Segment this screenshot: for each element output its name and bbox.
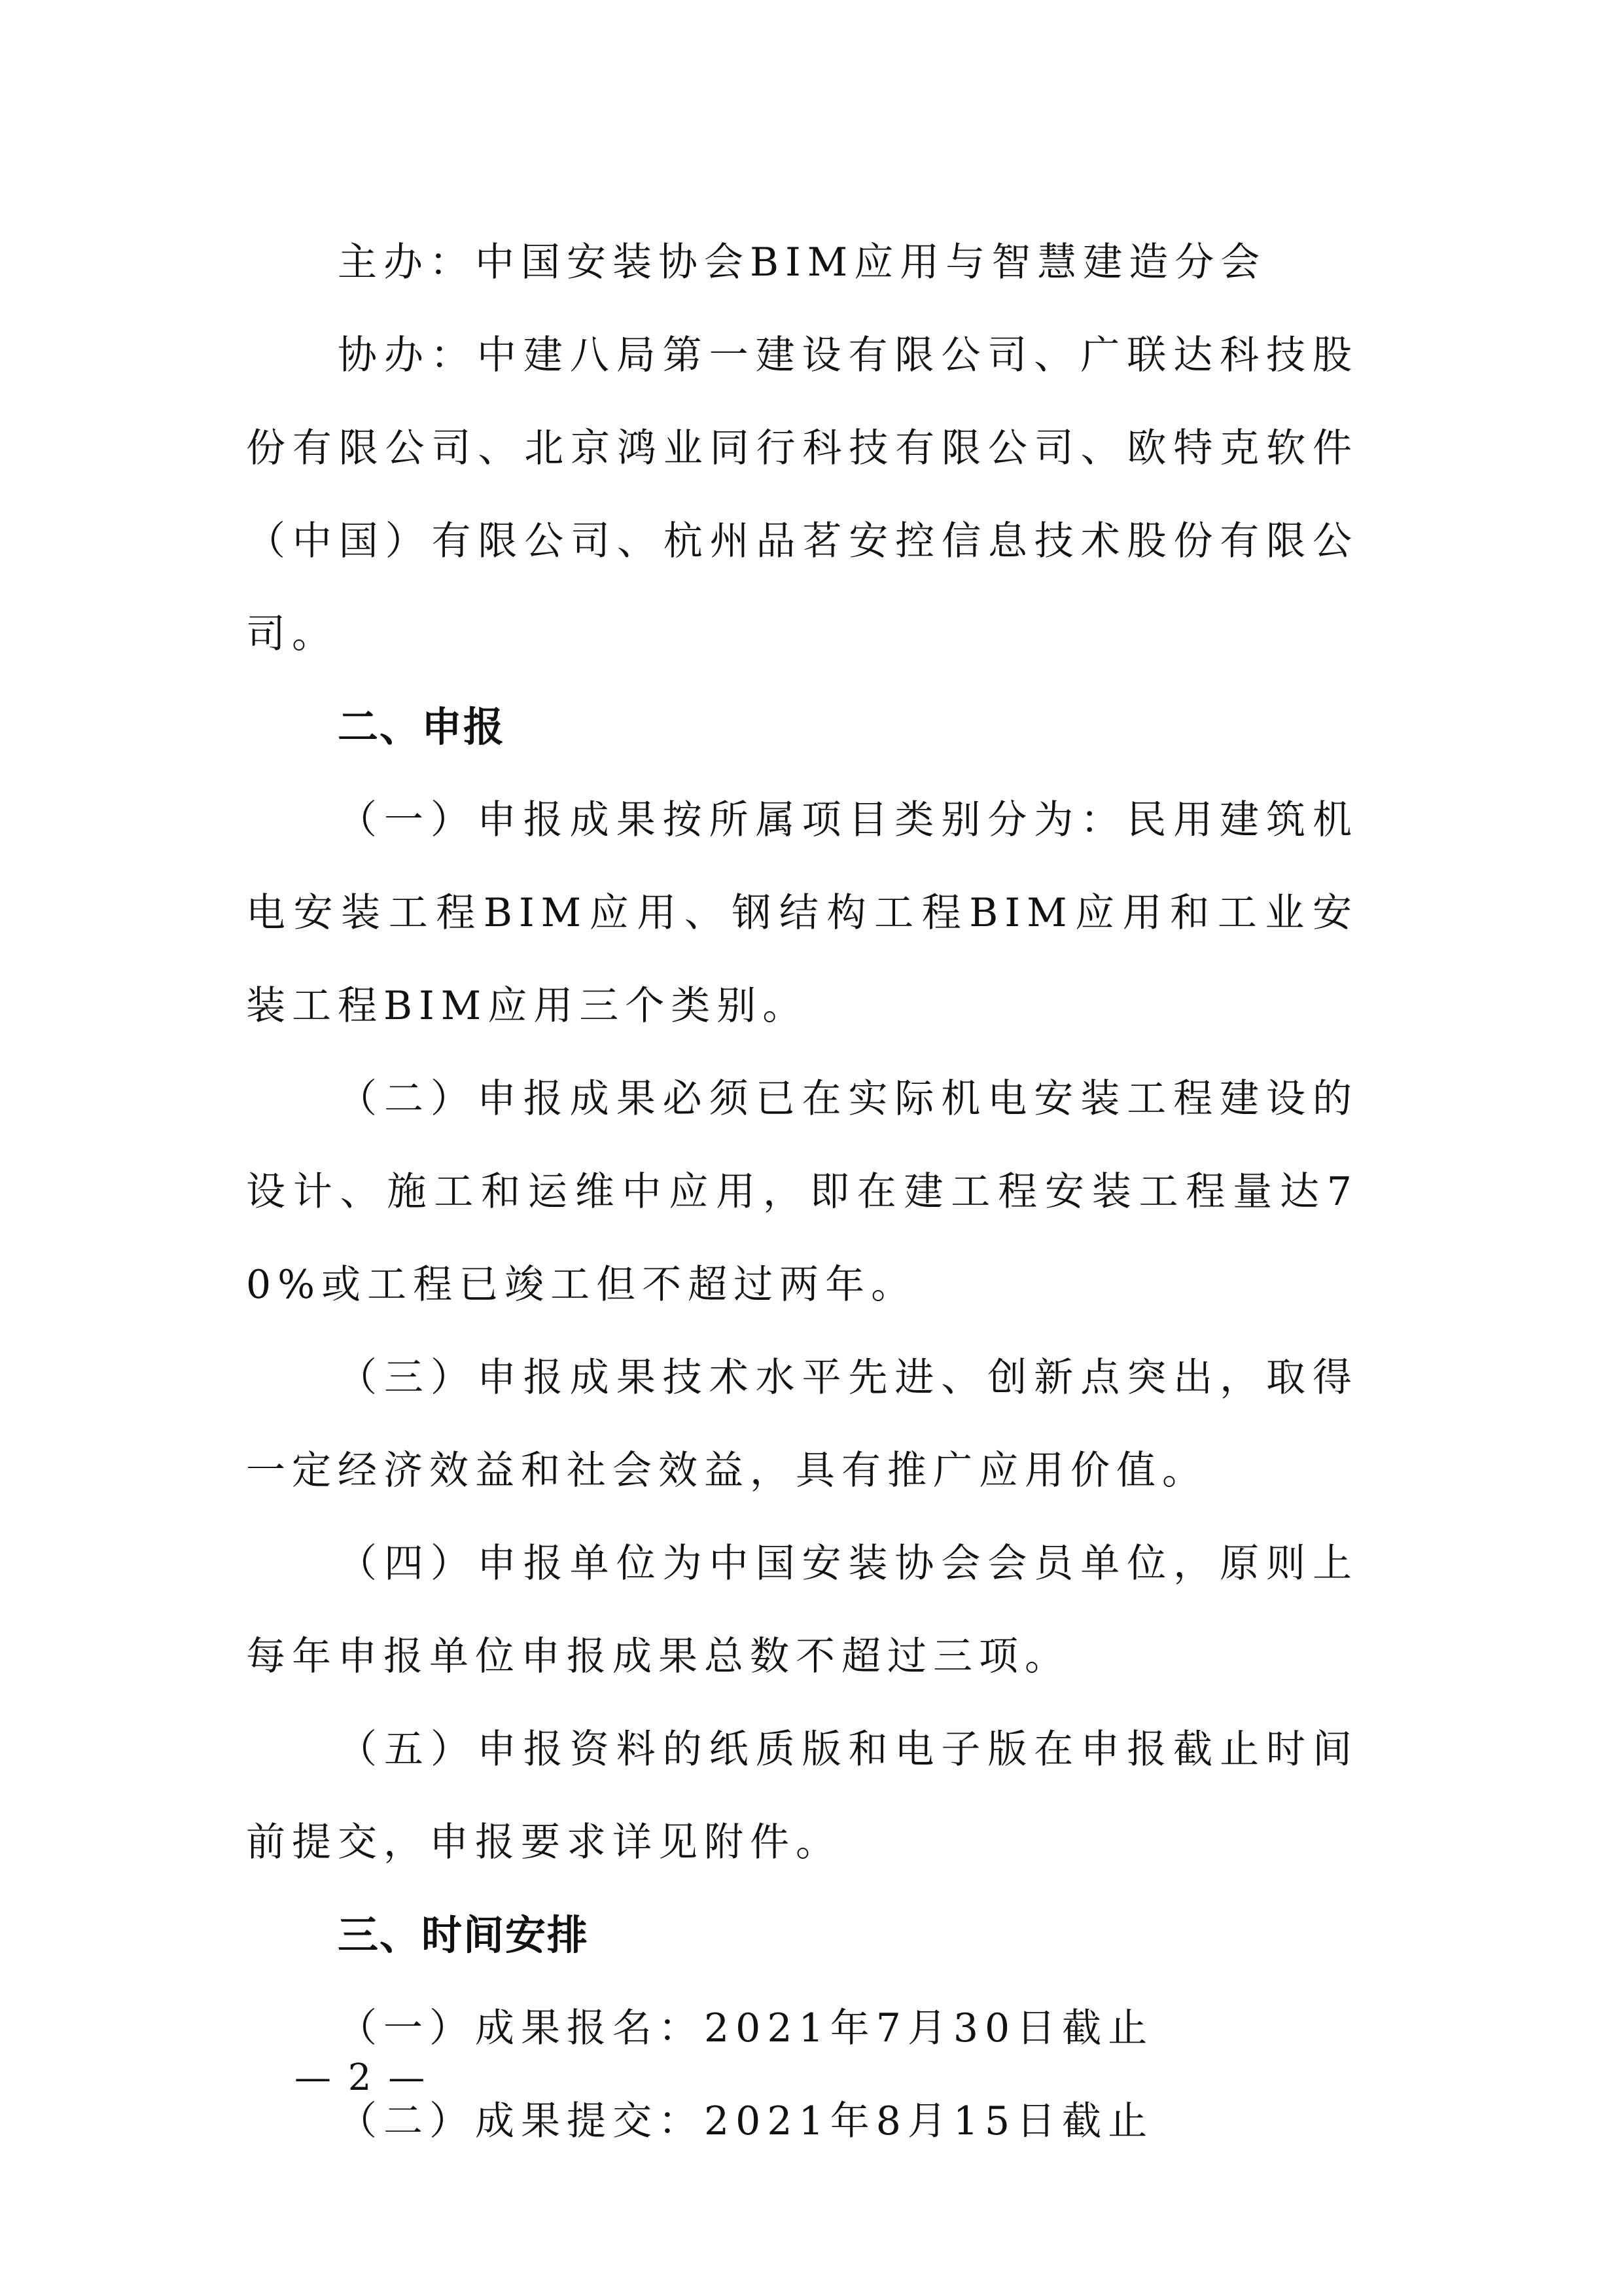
co-organizer-paragraph: 协办：中建八局第一建设有限公司、广联达科技股份有限公司、北京鸿业同行科技有限公司…	[246, 309, 1358, 681]
organizer-paragraph: 主办：中国安装协会BIM应用与智慧建造分会	[246, 216, 1358, 309]
section-heading-schedule: 三、时间安排	[246, 1889, 1358, 1982]
page-number: — 2 —	[294, 2055, 427, 2101]
application-item-4: （四）申报单位为中国安装协会会员单位，原则上每年申报单位申报成果总数不超过三项。	[246, 1517, 1358, 1703]
application-item-2: （二）申报成果必须已在实际机电安装工程建设的设计、施工和运维中应用，即在建工程安…	[246, 1052, 1358, 1331]
section-heading-application: 二、申报	[246, 681, 1358, 774]
application-item-5: （五）申报资料的纸质版和电子版在申报截止时间前提交，申报要求详见附件。	[246, 1703, 1358, 1889]
application-item-3: （三）申报成果技术水平先进、创新点突出，取得一定经济效益和社会效益，具有推广应用…	[246, 1331, 1358, 1517]
document-body: 主办：中国安装协会BIM应用与智慧建造分会 协办：中建八局第一建设有限公司、广联…	[246, 216, 1358, 2168]
document-page: 主办：中国安装协会BIM应用与智慧建造分会 协办：中建八局第一建设有限公司、广联…	[0, 0, 1624, 2296]
application-item-1: （一）申报成果按所属项目类别分为：民用建筑机电安装工程BIM应用、钢结构工程BI…	[246, 774, 1358, 1052]
